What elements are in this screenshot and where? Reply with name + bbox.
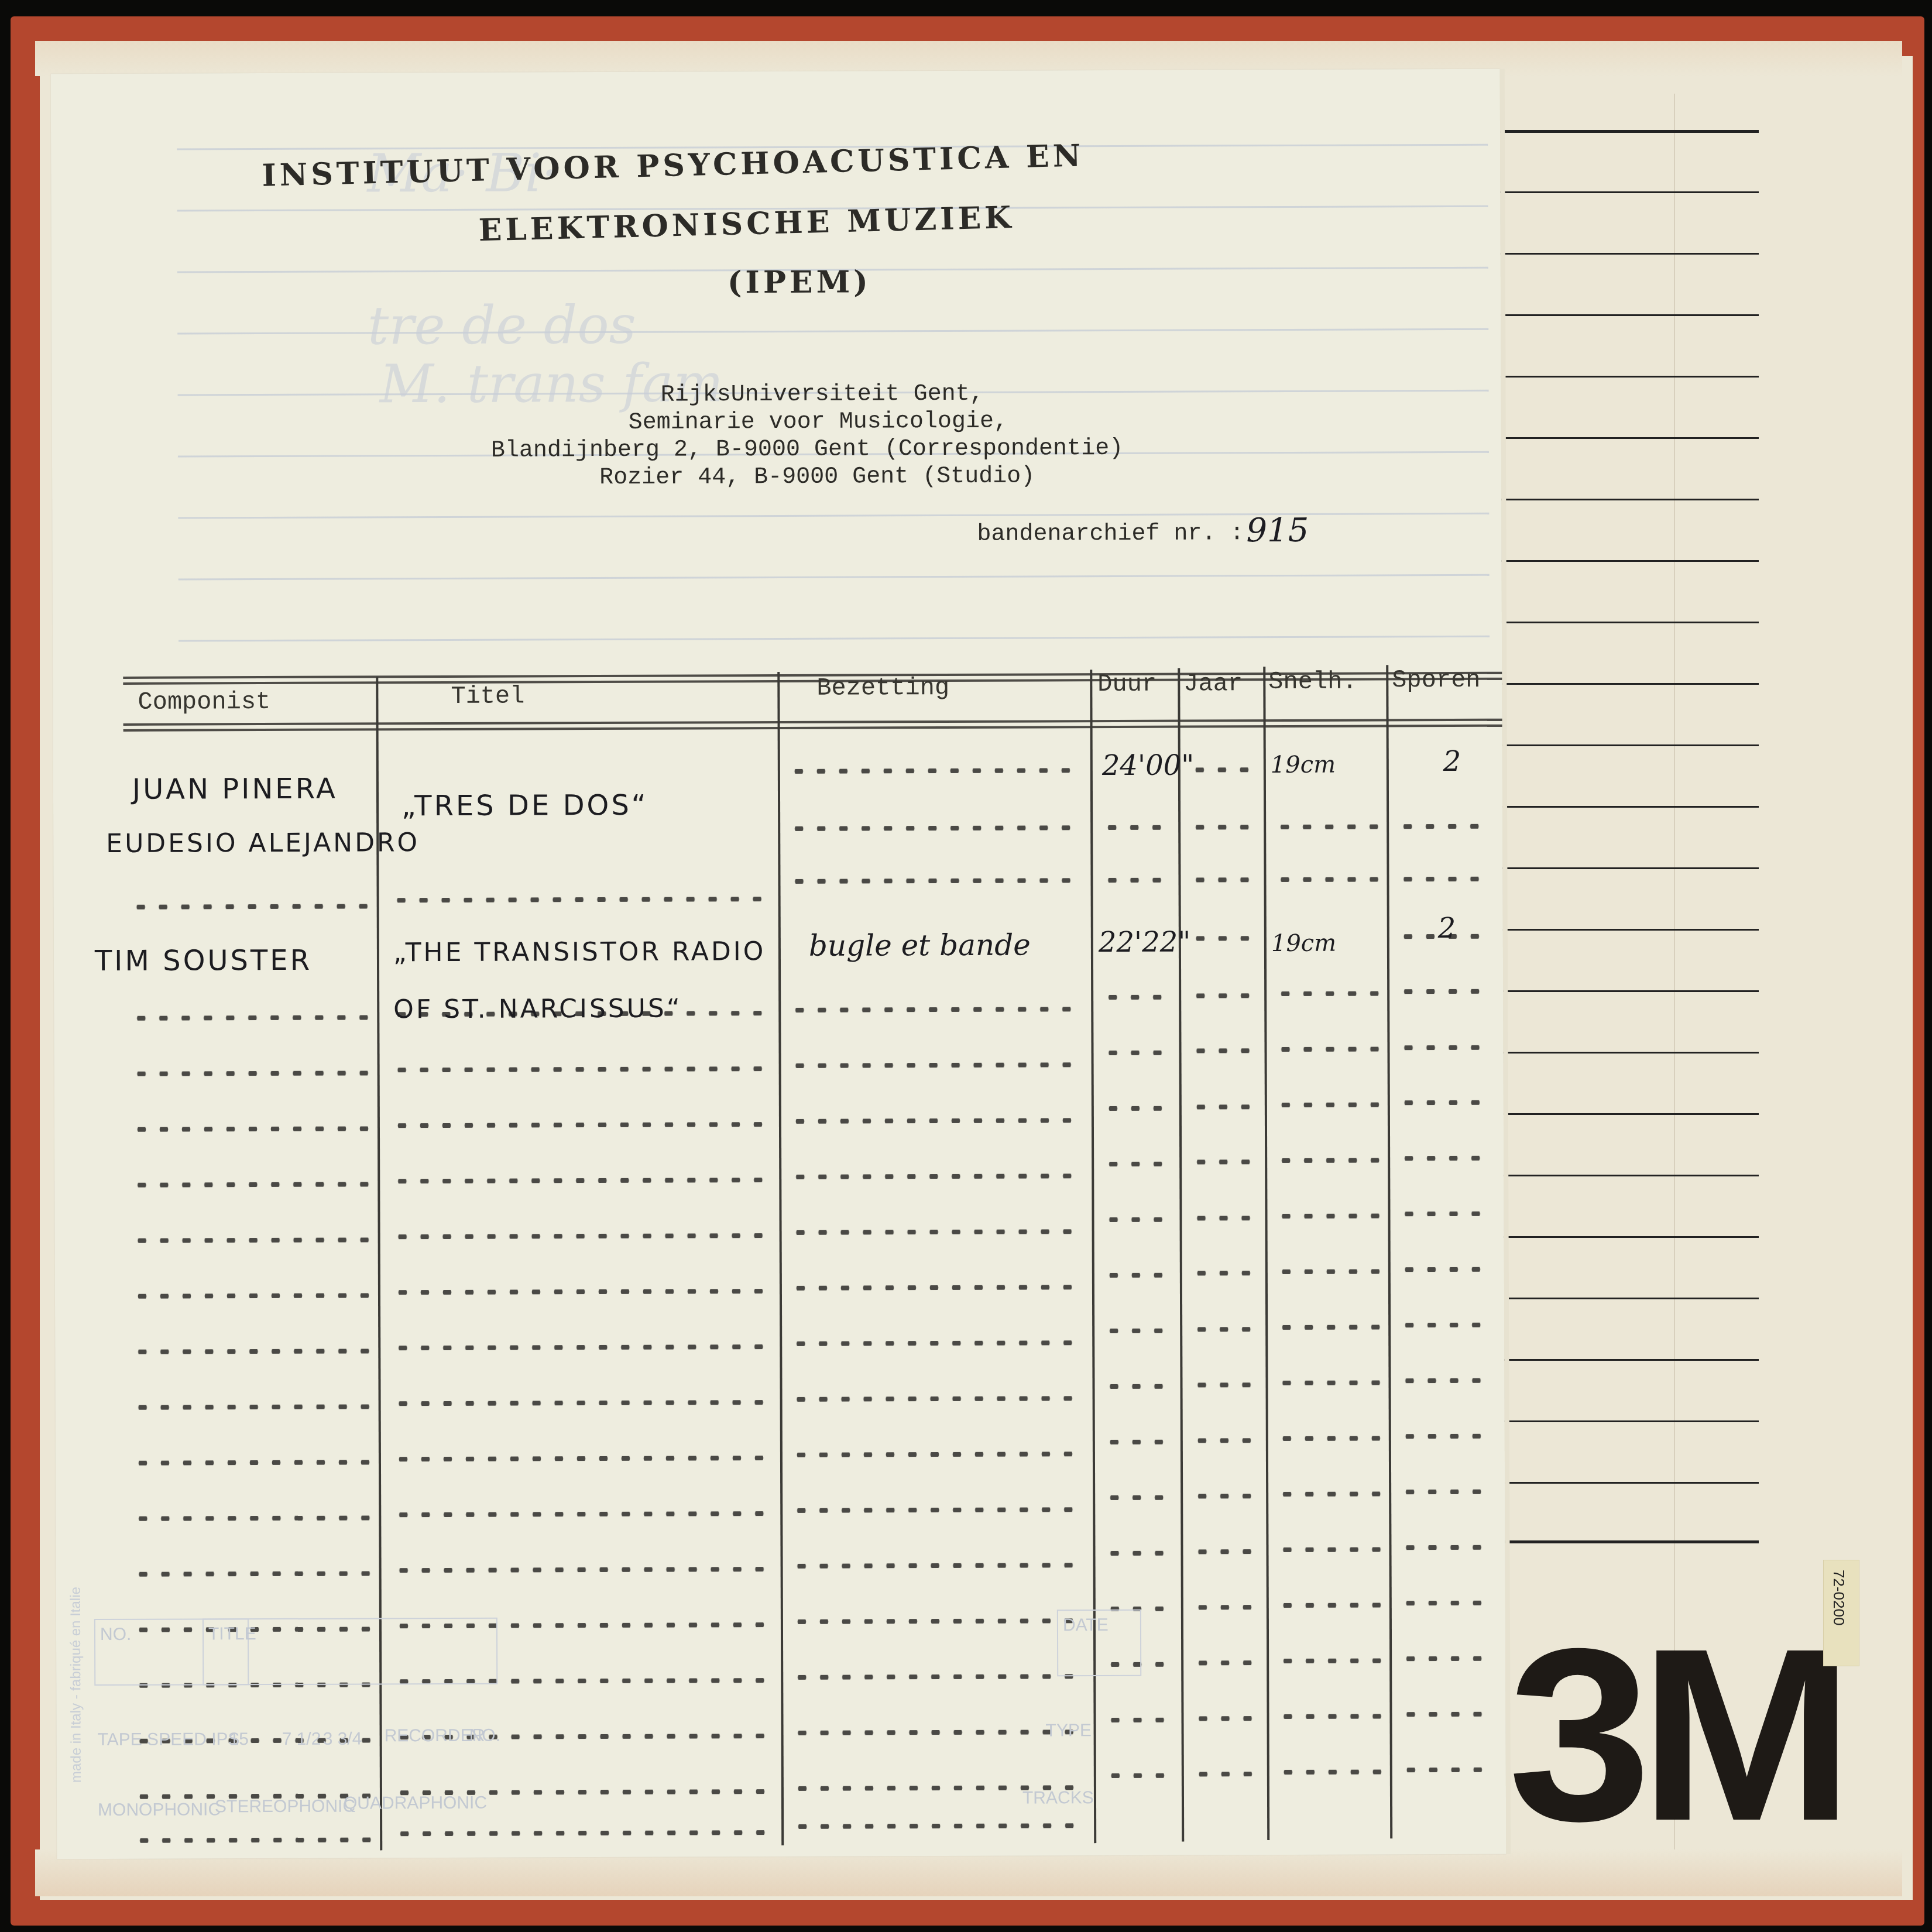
cell-sporen-1: 2 — [1443, 745, 1461, 778]
ghost-form-label: TAPE SPEED IPS — [98, 1729, 240, 1750]
cell-titel-4: „THE TRANSISTOR RADIO — [393, 936, 766, 967]
ghost-form-label: 15 — [229, 1729, 249, 1749]
ghost-handwriting: tre de dos — [368, 294, 636, 357]
archive-label: bandenarchief nr. : — [977, 520, 1244, 548]
column-header-jaar: Jaar — [1183, 670, 1243, 698]
ghost-form-label: 3 3/4 — [323, 1729, 362, 1749]
box-fold — [1674, 94, 1675, 1849]
institute-abbr: (IPEM) — [727, 264, 871, 300]
column-header-titel: Titel — [451, 682, 524, 711]
ghost-form-label: DATE — [1063, 1615, 1109, 1635]
ghost-form-label: QUADRAPHONIC — [344, 1793, 487, 1814]
cell-snelh-4: 19cm — [1271, 930, 1336, 957]
tape-label-code: 72-0200 — [1830, 1570, 1848, 1625]
cell-duur-1: 24'00" — [1102, 749, 1195, 783]
cell-componist-1: JUAN PINERA — [132, 773, 338, 806]
table-header-rule — [123, 725, 1505, 732]
ghost-form-label: NO. — [100, 1625, 131, 1645]
tape-label: 72-0200 — [1823, 1560, 1859, 1666]
cell-bezetting-4: bugle et bande — [809, 928, 1031, 962]
address-line: Rozier 44, B-9000 Gent (Studio) — [599, 463, 1035, 491]
address-line: Blandijnberg 2, B-9000 Gent (Corresponde… — [491, 435, 1123, 464]
cell-titel-1: „TRES DE DOS“ — [402, 789, 648, 822]
made-in-text: made in Italy - fabriqué en Italie — [68, 1587, 85, 1783]
column-header-sporen: Sporen — [1392, 666, 1480, 695]
cell-componist-4: TIM SOUSTER — [95, 944, 312, 977]
cell-duur-4: 22'22" — [1099, 926, 1191, 959]
cell-snelh-1: 19cm — [1271, 751, 1336, 778]
ghost-form-label: TRACKS — [1022, 1788, 1094, 1808]
column-header-snelh: Snelh. — [1268, 668, 1357, 696]
cell-sporen-4: 2 — [1438, 912, 1456, 945]
ghost-form-label: 7 1/2 — [282, 1729, 321, 1749]
ghost-form-label: TYPE — [1046, 1721, 1092, 1741]
address-line: RijksUniversiteit Gent, — [661, 381, 984, 409]
address-line: Seminarie voor Musicologie, — [629, 409, 1008, 436]
archive-number: 915 — [1246, 512, 1309, 550]
cell-titel-5: OF ST. NARCISSUS“ — [393, 994, 682, 1025]
ghost-form-label: TITLE — [208, 1624, 256, 1644]
column-divider — [777, 672, 784, 1845]
ghost-form-label: MONOPHONIC — [98, 1800, 221, 1820]
ghost-form-label: NO. — [469, 1726, 500, 1746]
archive-sheet: Ma· Bi· tre de dos M. trans fam INSTITUU… — [51, 69, 1507, 1859]
institute-title-line2: ELEKTRONISCHE MUZIEK — [478, 200, 1015, 248]
column-divider — [1178, 668, 1184, 1842]
column-divider — [1263, 667, 1269, 1840]
column-divider — [1386, 665, 1392, 1838]
brand-logo-3m: 3M — [1508, 1612, 1842, 1858]
column-header-componist: Componist — [138, 688, 270, 716]
cell-componist-2: EUDESIO ALEJANDRO — [106, 828, 420, 859]
column-header-bezetting: Bezetting — [816, 674, 949, 702]
column-header-duur: Duur — [1097, 670, 1157, 698]
ghost-form-label: STEREOPHONIC — [215, 1797, 355, 1817]
